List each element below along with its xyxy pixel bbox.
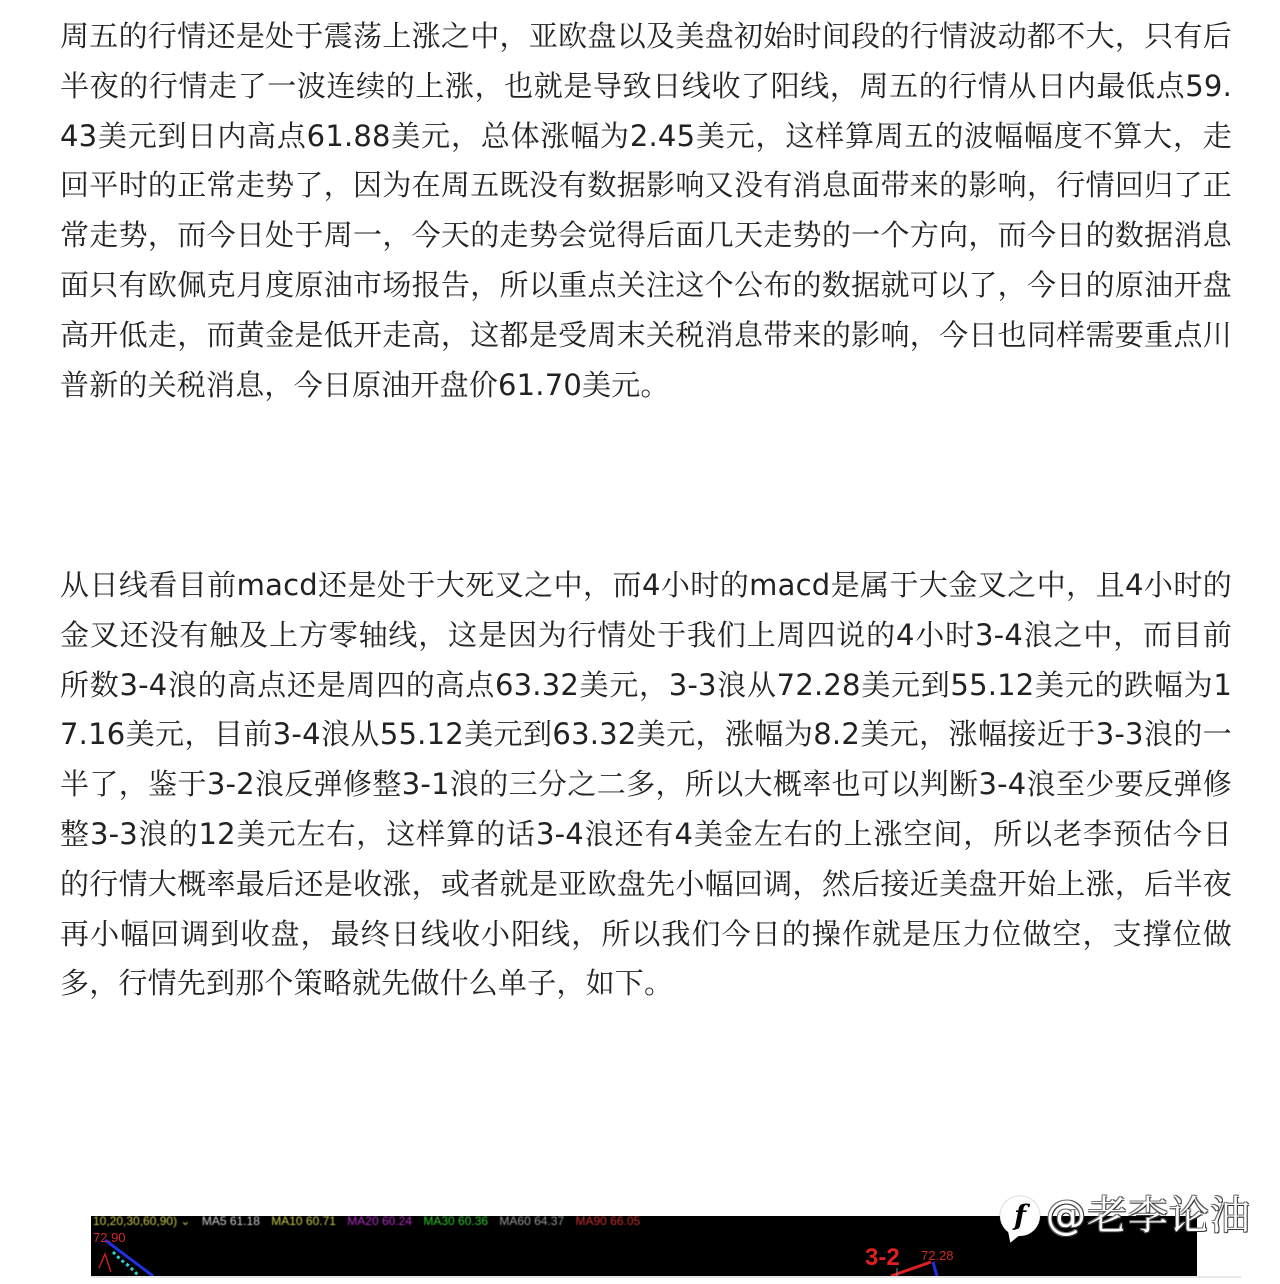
ma5-value: MA5 61.18 (202, 1216, 260, 1228)
ma60-value: MA60 64.37 (499, 1216, 564, 1228)
divider (91, 1276, 1241, 1278)
article-paragraph: 周五的行情还是处于震荡上涨之中，亚欧盘以及美盘初始时间段的行情波动都不大，只有后… (60, 12, 1232, 410)
wave-label: 3-2 (865, 1244, 900, 1272)
moving-average-legend: 10,20,30,60,90) ⌄ MA5 61.18 MA10 60.71 M… (93, 1216, 648, 1228)
price-label-high: 72.90 (93, 1230, 126, 1245)
chevron-down-icon[interactable]: ⌄ (180, 1216, 190, 1228)
ma20-value: MA20 60.24 (347, 1216, 412, 1228)
platform-logo-icon: f (1000, 1196, 1040, 1236)
ma90-value: MA90 66.05 (575, 1216, 640, 1228)
article-paragraph: 从日线看目前macd还是处于大死叉之中，而4小时的macd是属于大金叉之中，且4… (60, 561, 1232, 1009)
watermark: f @老李论油 (1000, 1190, 1251, 1242)
watermark-author: @老李论油 (1046, 1192, 1251, 1240)
ma10-value: MA10 60.71 (271, 1216, 336, 1228)
ma-params-label: 10,20,30,60,90) ⌄ (93, 1216, 190, 1228)
price-label-wave: 72.28 (921, 1248, 954, 1263)
ma30-value: MA30 60.36 (423, 1216, 488, 1228)
